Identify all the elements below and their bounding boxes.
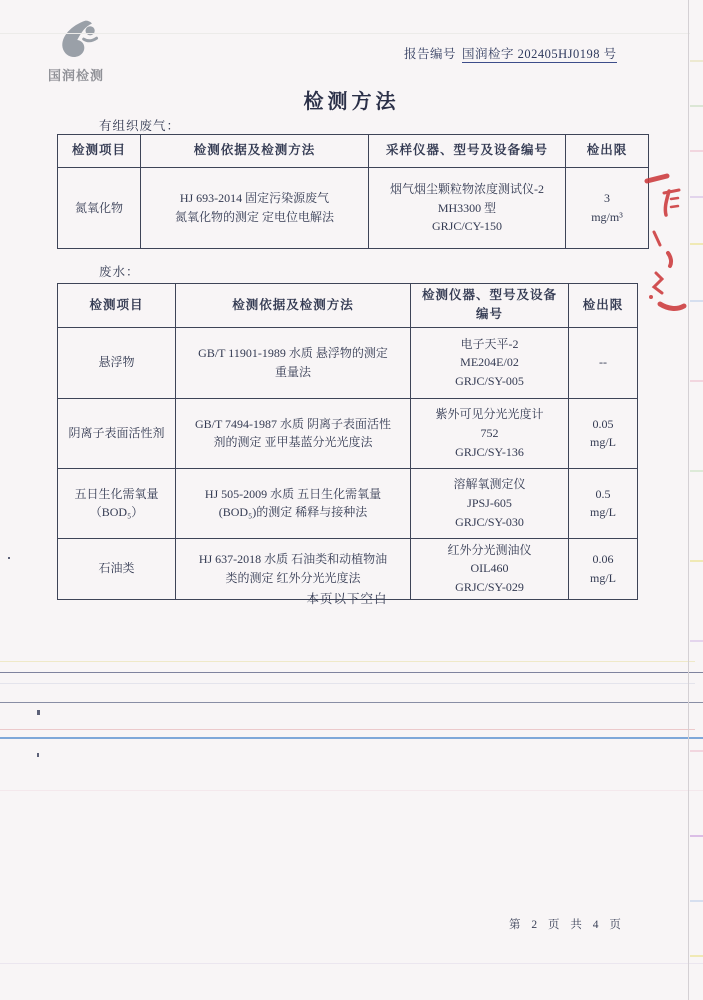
scan-streak xyxy=(0,33,690,34)
report-number-line: 报告编号国润检字 202405HJ0198 号 xyxy=(404,44,617,62)
scan-streak xyxy=(0,661,695,662)
gas-row-method: HJ 693-2014 固定污染源废气 氮氧化物的测定 定电位电解法 xyxy=(141,168,369,249)
water-header-item: 检测项目 xyxy=(58,284,176,328)
water-row-method: GB/T 11901-1989 水质 悬浮物的测定 重量法 xyxy=(176,327,411,398)
water-header-method: 检测依据及检测方法 xyxy=(176,284,411,328)
water-row-limit: -- xyxy=(569,327,638,398)
water-methods-table: 检测项目 检测依据及检测方法 检测仪器、型号及设备编号 检出限 悬浮物 GB/T… xyxy=(57,283,638,600)
gas-header-limit: 检出限 xyxy=(566,135,649,168)
water-row-instrument: 电子天平-2 ME204E/02 GRJC/SY-005 xyxy=(411,327,569,398)
water-row-instrument: 紫外可见分光光度计 752 GRJC/SY-136 xyxy=(411,398,569,468)
scan-streak xyxy=(0,737,703,739)
water-header-instrument: 检测仪器、型号及设备编号 xyxy=(411,284,569,328)
scan-streak xyxy=(0,672,703,673)
logo-text: 国润检测 xyxy=(36,65,116,84)
logo-swoosh-icon xyxy=(57,18,103,62)
page-title: 检测方法 xyxy=(0,85,703,114)
gas-row-item: 氮氧化物 xyxy=(58,168,141,249)
water-row-limit: 0.5 mg/L xyxy=(569,468,638,538)
ink-speck xyxy=(37,710,40,715)
water-row-item: 五日生化需氧量 （BOD₅） xyxy=(58,468,176,538)
edge-color-streak xyxy=(690,900,703,902)
scan-page-edge xyxy=(688,0,689,1000)
water-row-item: 悬浮物 xyxy=(58,327,176,398)
table-row: 阴离子表面活性剂 GB/T 7494-1987 水质 阴离子表面活性 剂的测定 … xyxy=(58,398,638,468)
scan-streak xyxy=(0,790,703,791)
scan-streak xyxy=(0,963,703,964)
ink-speck xyxy=(8,557,10,559)
report-number-value: 国润检字 202405HJ0198 号 xyxy=(462,47,617,63)
scanned-report-page: 国润检测 报告编号国润检字 202405HJ0198 号 检测方法 有组织废气：… xyxy=(0,0,703,1000)
scan-streak xyxy=(0,702,703,703)
ink-speck xyxy=(37,753,39,757)
edge-color-streak xyxy=(690,105,703,107)
edge-color-streak xyxy=(690,750,703,752)
gas-header-instrument: 采样仪器、型号及设备编号 xyxy=(369,135,566,168)
gas-methods-table: 检测项目 检测依据及检测方法 采样仪器、型号及设备编号 检出限 氮氧化物 HJ … xyxy=(57,134,649,249)
water-row-method: GB/T 7494-1987 水质 阴离子表面活性 剂的测定 亚甲基蓝分光光度法 xyxy=(176,398,411,468)
page-number: 第 2 页 共 4 页 xyxy=(509,916,625,932)
gas-header-method: 检测依据及检测方法 xyxy=(141,135,369,168)
water-section-label: 废水： xyxy=(99,262,140,280)
edge-color-streak xyxy=(690,835,703,837)
edge-color-streak xyxy=(690,640,703,642)
gas-table-header-row: 检测项目 检测依据及检测方法 采样仪器、型号及设备编号 检出限 xyxy=(58,135,649,168)
water-row-instrument: 溶解氧测定仪 JPSJ-605 GRJC/SY-030 xyxy=(411,468,569,538)
scan-streak xyxy=(0,683,695,684)
edge-color-streak xyxy=(690,150,703,152)
company-logo: 国润检测 xyxy=(36,18,116,84)
gas-section-label: 有组织废气： xyxy=(99,116,180,134)
table-row: 氮氧化物 HJ 693-2014 固定污染源废气 氮氧化物的测定 定电位电解法 … xyxy=(58,168,649,249)
water-row-item: 阴离子表面活性剂 xyxy=(58,398,176,468)
report-number-label: 报告编号 xyxy=(404,47,456,61)
edge-color-streak xyxy=(690,380,703,382)
edge-color-streak xyxy=(690,560,703,562)
edge-color-streak xyxy=(690,60,703,62)
edge-color-streak xyxy=(690,470,703,472)
table-row: 悬浮物 GB/T 11901-1989 水质 悬浮物的测定 重量法 电子天平-2… xyxy=(58,327,638,398)
gas-row-instrument: 烟气烟尘颗粒物浓度测试仪-2 MH3300 型 GRJC/CY-150 xyxy=(369,168,566,249)
scan-streak xyxy=(0,729,695,730)
table-row: 五日生化需氧量 （BOD₅） HJ 505-2009 水质 五日生化需氧量 (B… xyxy=(58,468,638,538)
water-header-limit: 检出限 xyxy=(569,284,638,328)
blank-below-note: 本页以下空白 xyxy=(57,589,637,607)
water-table-header-row: 检测项目 检测依据及检测方法 检测仪器、型号及设备编号 检出限 xyxy=(58,284,638,328)
gas-header-item: 检测项目 xyxy=(58,135,141,168)
water-row-method: HJ 505-2009 水质 五日生化需氧量 (BOD₅)的测定 稀释与接种法 xyxy=(176,468,411,538)
gas-row-limit: 3 mg/m³ xyxy=(566,168,649,249)
water-row-limit: 0.05 mg/L xyxy=(569,398,638,468)
red-handwriting-marks xyxy=(640,168,700,318)
edge-color-streak xyxy=(690,955,703,957)
